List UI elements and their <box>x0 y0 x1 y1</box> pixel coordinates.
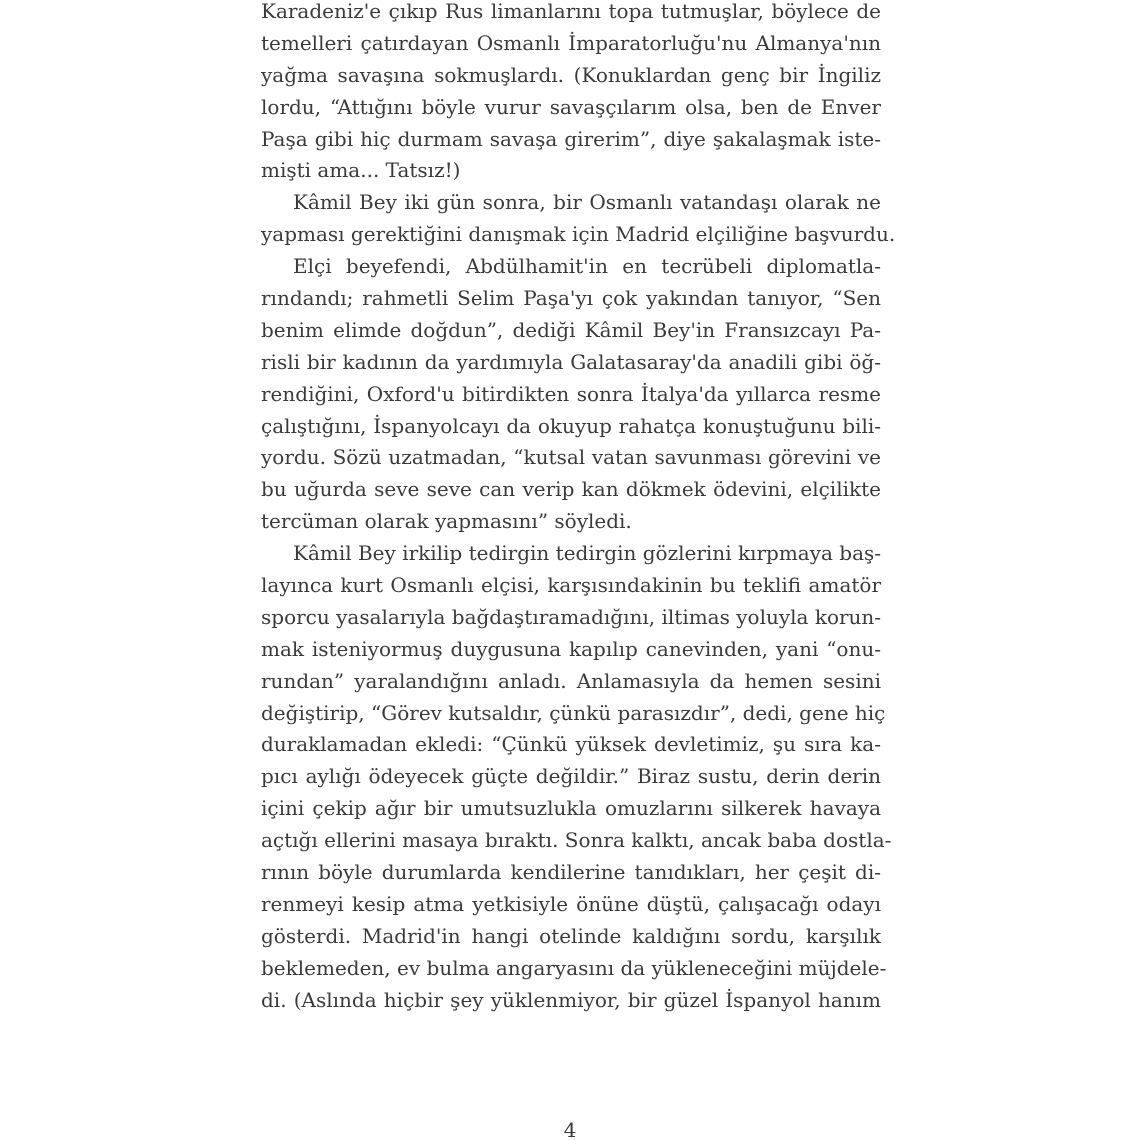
text-line: rının böyle durumlarda kendilerine tanıd… <box>261 857 881 889</box>
text-line: yağma savaşına sokmuşlardı. (Konuklardan… <box>261 60 881 92</box>
text-line: pıcı aylığı ödeyecek güçte değildir.” Bi… <box>261 761 881 793</box>
text-line: duraklamadan ekledi: “Çünkü yüksek devle… <box>261 729 881 761</box>
text-line: benim elimde doğdun”, dediği Kâmil Bey'i… <box>261 315 881 347</box>
text-line: Elçi beyefendi, Abdülhamit'in en tecrübe… <box>261 251 881 283</box>
text-line: yapması gerektiğini danışmak için Madrid… <box>261 219 881 251</box>
page-number: 4 <box>0 1118 1140 1140</box>
text-line: rendiğini, Oxford'u bitirdikten sonra İt… <box>261 379 881 411</box>
text-line: gösterdi. Madrid'in hangi otelinde kaldı… <box>261 921 881 953</box>
body-text: Karadeniz'e çıkıp Rus limanlarını topa t… <box>261 0 881 1017</box>
text-line: bu uğurda seve seve can verip kan dökmek… <box>261 474 881 506</box>
text-line: tercüman olarak yapmasını” söyledi. <box>261 506 881 538</box>
text-line: renmeyi kesip atma yetkisiyle önüne düşt… <box>261 889 881 921</box>
text-line: Kâmil Bey irkilip tedirgin tedirgin gözl… <box>261 538 881 570</box>
text-line: Kâmil Bey iki gün sonra, bir Osmanlı vat… <box>261 187 881 219</box>
text-line: lordu, “Attığını böyle vurur savaşçıları… <box>261 92 881 124</box>
text-line: Karadeniz'e çıkıp Rus limanlarını topa t… <box>261 0 881 28</box>
text-line: beklemeden, ev bulma angaryasını da yükl… <box>261 953 881 985</box>
text-line: Paşa gibi hiç durmam savaşa girerim”, di… <box>261 124 881 156</box>
text-line: mak isteniyormuş duygusuna kapılıp canev… <box>261 634 881 666</box>
text-line: açtığı ellerini masaya bıraktı. Sonra ka… <box>261 825 881 857</box>
text-line: rundan” yaralandığını anladı. Anlamasıyl… <box>261 666 881 698</box>
text-line: içini çekip ağır bir umutsuzlukla omuzla… <box>261 793 881 825</box>
book-page: Karadeniz'e çıkıp Rus limanlarını topa t… <box>0 0 1140 1140</box>
text-line: değiştirip, “Görev kutsaldır, çünkü para… <box>261 698 881 730</box>
text-line: çalıştığını, İspanyolcayı da okuyup raha… <box>261 411 881 443</box>
text-line: layınca kurt Osmanlı elçisi, karşısındak… <box>261 570 881 602</box>
text-line: risli bir kadının da yardımıyla Galatasa… <box>261 347 881 379</box>
text-line: temelleri çatırdayan Osmanlı İmparatorlu… <box>261 28 881 60</box>
text-line: sporcu yasalarıyla bağdaştıramadığını, i… <box>261 602 881 634</box>
text-line: di. (Aslında hiçbir şey yüklenmiyor, bir… <box>261 985 881 1017</box>
text-line: yordu. Sözü uzatmadan, “kutsal vatan sav… <box>261 442 881 474</box>
text-line: rındandı; rahmetli Selim Paşa'yı çok yak… <box>261 283 881 315</box>
text-line: mişti ama... Tatsız!) <box>261 155 881 187</box>
